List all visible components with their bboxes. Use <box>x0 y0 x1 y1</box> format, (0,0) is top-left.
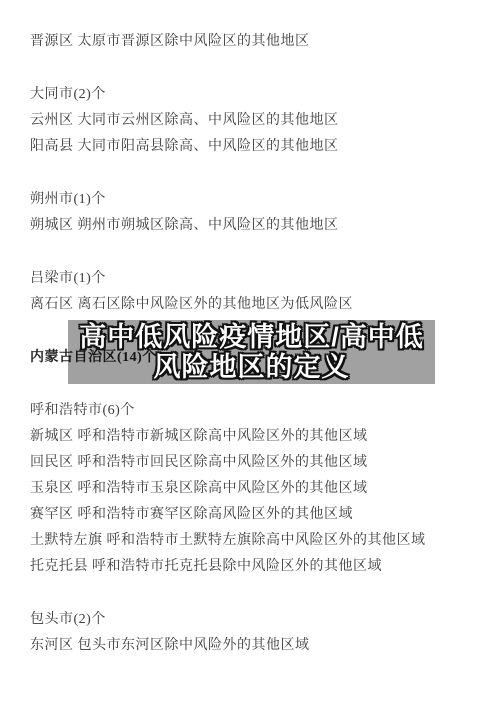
city-header: 包头市(2)个 <box>30 607 470 633</box>
risk-area-line: 朔城区 朔州市朔城区除高、中风险区的其他地区 <box>30 213 470 239</box>
risk-area-line: 新城区 呼和浩特市新城区除高中风险区外的其他区域 <box>30 424 470 450</box>
risk-area-line: 东河区 包头市东河区除中风险外的其他区域 <box>30 633 470 659</box>
risk-area-line: 玉泉区 呼和浩特市玉泉区除高中风险区外的其他区域 <box>30 476 470 502</box>
risk-area-line: 回民区 呼和浩特市回民区除高中风险区外的其他区域 <box>30 450 470 476</box>
risk-area-line: 云州区 大同市云州区除高、中风险区的其他地区 <box>30 108 470 134</box>
risk-area-line: 阳高县 大同市阳高县除高、中风险区的其他地区 <box>30 134 470 160</box>
page: 晋源区 太原市晋源区除中风险区的其他地区 大同市(2)个 云州区 大同市云州区除… <box>0 0 500 707</box>
city-header: 朔州市(1)个 <box>30 187 470 213</box>
risk-area-line: 土默特左旗 呼和浩特市土默特左旗除高中风险区外的其他区域 <box>30 528 470 554</box>
city-header: 大同市(2)个 <box>30 82 470 108</box>
city-header: 吕梁市(1)个 <box>30 266 470 292</box>
risk-area-line: 晋源区 太原市晋源区除中风险区的其他地区 <box>30 29 470 55</box>
title-overlay: 高中低风险疫情地区/高中低风险地区的定义 <box>68 320 435 384</box>
page-title: 高中低风险疫情地区/高中低风险地区的定义 <box>68 322 435 382</box>
risk-area-line: 赛罕区 呼和浩特市赛罕区除高风险区外的其他区域 <box>30 502 470 528</box>
city-header: 呼和浩特市(6)个 <box>30 398 470 424</box>
risk-area-line: 离石区 离石区除中风险区外的其他地区为低风险区 <box>30 292 470 318</box>
risk-area-line: 托克托县 呼和浩特市托克托县除中风险区外的其他区域 <box>30 554 470 580</box>
